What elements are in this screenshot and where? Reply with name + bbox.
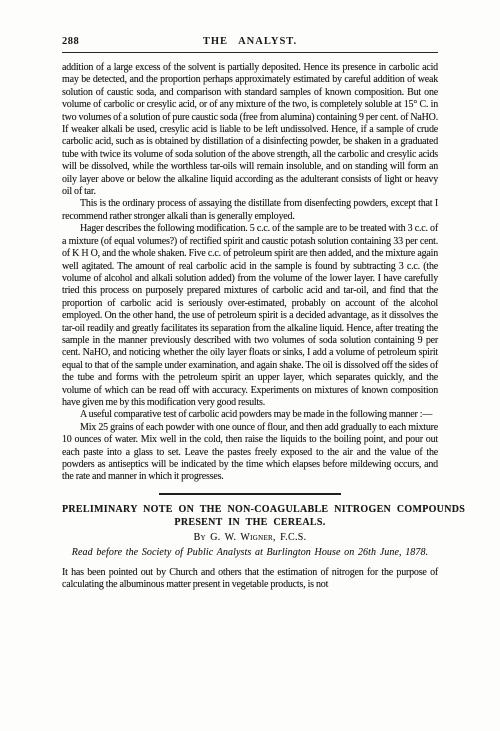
- journal-title: THE ANALYST.: [132, 36, 368, 47]
- paragraph: It has been pointed out by Church and ot…: [62, 567, 438, 592]
- paragraph: Mix 25 grains of each powder with one ou…: [62, 422, 438, 484]
- header-rule: [62, 52, 438, 53]
- paragraph: Hager describes the following modificati…: [62, 223, 438, 409]
- page-number: 288: [62, 36, 132, 47]
- article-byline: By G. W. Wigner, F.C.S.: [62, 532, 438, 544]
- running-header: 288 THE ANALYST.: [62, 36, 438, 47]
- article-title: PRELIMINARY NOTE ON THE NON-COAGULABLE N…: [62, 503, 438, 529]
- paragraph: A useful comparative test of carbolic ac…: [62, 409, 438, 421]
- article-dateline: Read before the Society of Public Analys…: [62, 547, 438, 559]
- paragraph: This is the ordinary process of assaying…: [62, 198, 438, 223]
- article-body: addition of a large excess of the solven…: [62, 62, 438, 591]
- section-divider-rule: [159, 493, 341, 495]
- article-title-line-2: PRESENT IN THE CEREALS.: [62, 516, 438, 529]
- journal-page: 288 THE ANALYST. addition of a large exc…: [0, 0, 500, 731]
- article-title-line-1: PRELIMINARY NOTE ON THE NON-COAGULABLE N…: [62, 503, 438, 516]
- paragraph: addition of a large excess of the solven…: [62, 62, 438, 198]
